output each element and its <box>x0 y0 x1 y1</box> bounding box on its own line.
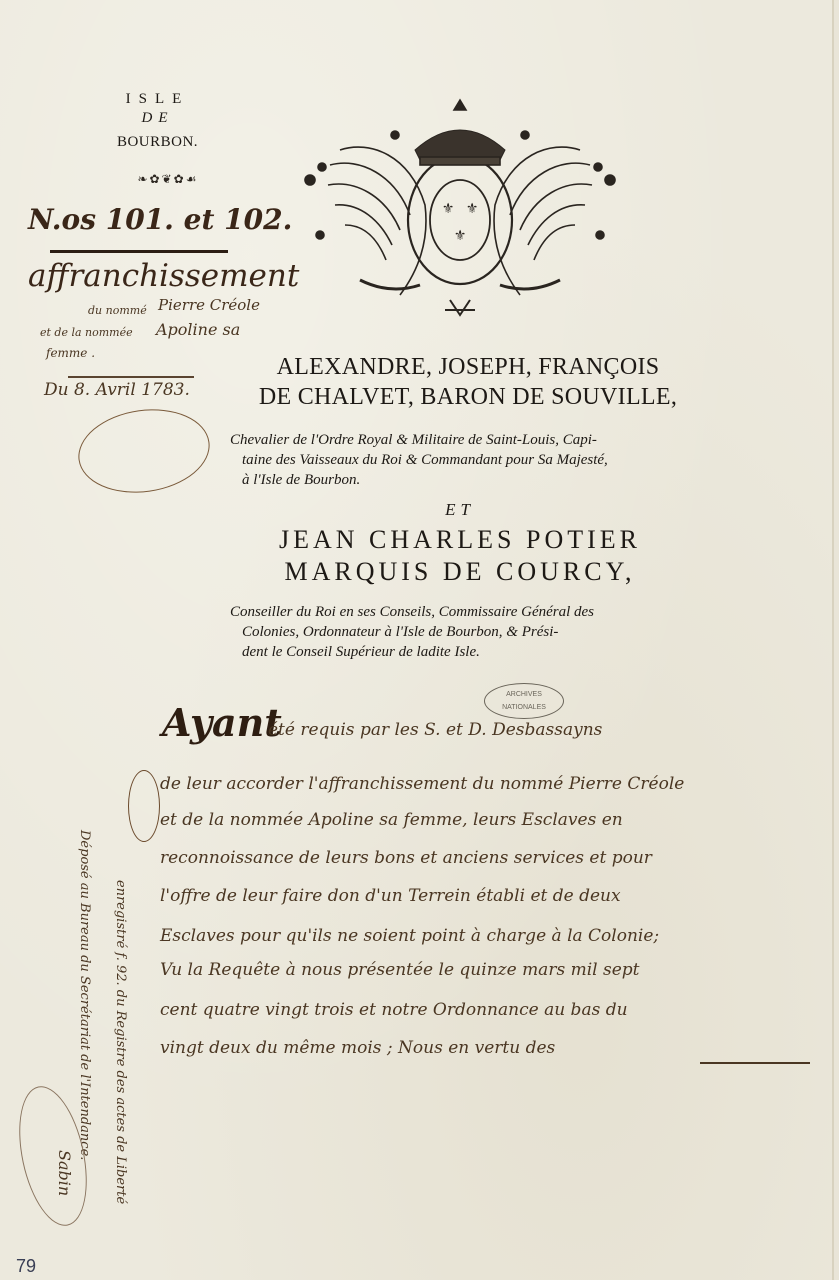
body-line-9: vingt deux du même mois ; Nous en vertu … <box>160 1038 555 1058</box>
stamp-line1: ARCHIVES <box>485 688 563 701</box>
margin-date: Du 8. Avril 1783. <box>44 380 190 400</box>
officer1-titles: Chevalier de l'Ordre Royal & Militaire d… <box>230 430 710 490</box>
margin-title: affranchissement <box>28 258 299 294</box>
royal-crest-icon: ⚜⚜⚜ <box>300 95 620 325</box>
body-opening-word: Ayant <box>162 700 282 745</box>
margin-line3: femme . <box>46 346 95 360</box>
svg-text:⚜: ⚜ <box>466 201 479 217</box>
document-page: ISLE DE BOURBON. ❧✿❦✿☙ N.os 101. et 102.… <box>0 0 834 1280</box>
officer2-title-line2: Colonies, Ordonnateur à l'Isle de Bourbo… <box>230 622 710 642</box>
header-de: DE <box>100 110 215 127</box>
body-line-3: et de la nommée Apoline sa femme, leurs … <box>160 810 623 830</box>
header-bourbon: BOURBON. <box>100 134 215 151</box>
officer1-name: ALEXANDRE, JOSEPH, FRANÇOIS DE CHALVET, … <box>228 352 708 412</box>
flourish-loop-icon <box>73 401 215 501</box>
officer2-name-line2: MARQUIS DE COURCY, <box>210 556 710 588</box>
conjunction-et: ET <box>200 500 720 520</box>
ornament-divider: ❧✿❦✿☙ <box>118 172 218 184</box>
officer2-name: JEAN CHARLES POTIER MARQUIS DE COURCY, <box>210 524 710 588</box>
flourish-bracket-icon <box>128 770 160 842</box>
body-line-2: de leur accorder l'affranchissement du n… <box>160 774 684 794</box>
officer2-title-line1: Conseiller du Roi en ses Conseils, Commi… <box>230 602 710 622</box>
officer2-titles: Conseiller du Roi en ses Conseils, Commi… <box>230 602 710 662</box>
officer1-name-line2: DE CHALVET, BARON DE SOUVILLE, <box>228 382 708 412</box>
officer2-name-line1: JEAN CHARLES POTIER <box>210 524 710 556</box>
margin-rule-bottom <box>68 376 194 378</box>
body-line-8: cent quatre vingt trois et notre Ordonna… <box>160 1000 628 1020</box>
svg-text:⚜: ⚜ <box>442 201 455 217</box>
body-line-5: l'offre de leur faire don d'un Terrein é… <box>160 886 621 906</box>
body-line-1: été requis par les S. et D. Desbassayns <box>268 720 602 740</box>
margin-line1-name: Pierre Créole <box>158 296 260 314</box>
stamp-line2: NATIONALES <box>485 701 563 714</box>
margin-line2-name: Apoline sa <box>156 320 240 339</box>
body-line-4: reconnoissance de leurs bons et anciens … <box>160 848 652 868</box>
officer1-title-line2: taine des Vaisseaux du Roi & Commandant … <box>230 450 710 470</box>
margin-line1-label: du nommé <box>88 304 147 317</box>
vertical-annotation-line2: enregistré f. 92. du Registre des actes … <box>113 880 128 1204</box>
vertical-annotation-line1: Déposé au Bureau du Secrétariat de l'Int… <box>77 830 92 1160</box>
margin-line2-label: et de la nommée <box>40 326 133 339</box>
svg-text:⚜: ⚜ <box>454 228 467 244</box>
line-filler <box>700 1062 810 1064</box>
header-isle: ISLE <box>100 88 215 110</box>
margin-rule-top <box>50 250 228 253</box>
officer1-title-line1: Chevalier de l'Ordre Royal & Militaire d… <box>230 430 710 450</box>
page-number: 79 <box>16 1256 36 1277</box>
officer2-title-line3: dent le Conseil Supérieur de ladite Isle… <box>230 642 710 662</box>
officer1-name-line1: ALEXANDRE, JOSEPH, FRANÇOIS <box>228 352 708 382</box>
archives-stamp: ARCHIVES NATIONALES <box>484 683 564 719</box>
signature: Sabin <box>55 1150 74 1196</box>
officer1-title-line3: à l'Isle de Bourbon. <box>230 470 710 490</box>
body-line-7: Vu la Requête à nous présentée le quinze… <box>160 960 639 980</box>
body-line-6: Esclaves pour qu'ils ne soient point à c… <box>160 926 659 946</box>
document-number: N.os 101. et 102. <box>28 203 292 236</box>
